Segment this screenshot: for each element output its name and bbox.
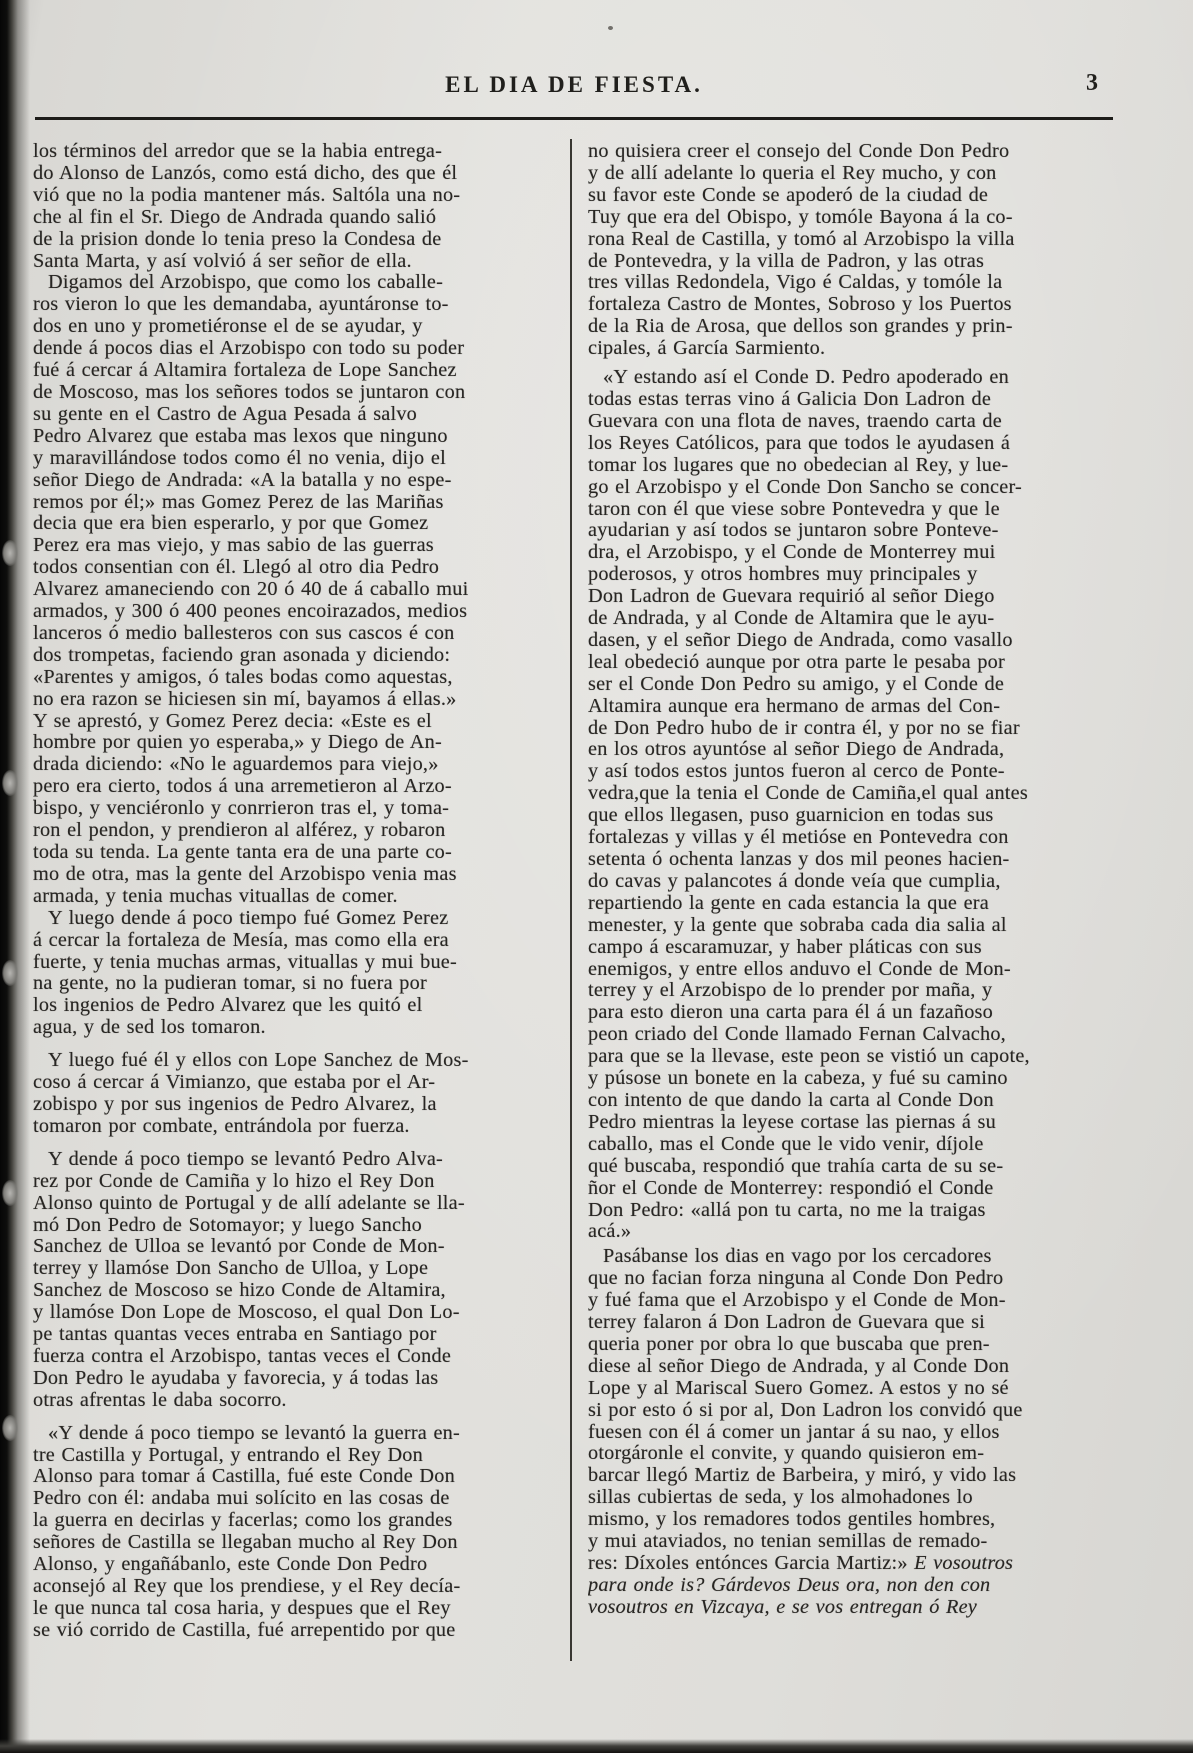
paragraph: los términos del arredor que se la habia… <box>33 141 568 272</box>
paragraph: Y luego dende á poco tiempo fué Gomez Pe… <box>33 908 568 1039</box>
paragraph: Digamos del Arzobispo, que como los caba… <box>33 272 568 907</box>
page-header-title: EL DIA DE FIESTA. <box>35 72 1113 98</box>
header-rule <box>35 117 1113 120</box>
column-divider <box>570 139 572 1661</box>
scan-edge-left <box>0 0 30 1753</box>
paragraph: Y luego fué él y ellos con Lope Sanchez … <box>33 1050 568 1138</box>
binding-notch <box>2 540 18 566</box>
binding-notch <box>2 960 18 986</box>
binding-notch <box>2 1180 18 1206</box>
paragraph: «Y dende á poco tiempo se levantó la gue… <box>33 1423 568 1642</box>
paragraph: «Y estando así el Conde D. Pedro apodera… <box>588 367 1123 1243</box>
paragraph: no quisiera creer el consejo del Conde D… <box>588 141 1123 360</box>
paragraph-text: Pasábanse los dias en vago por los cerca… <box>588 1245 1023 1574</box>
binding-notch <box>2 1415 18 1441</box>
binding-notch <box>2 770 18 796</box>
page-number: 3 <box>1072 70 1112 97</box>
right-column: no quisiera creer el consejo del Conde D… <box>588 141 1123 1619</box>
scanned-page: EL DIA DE FIESTA. 3 los términos del arr… <box>0 0 1193 1753</box>
paragraph: Pasábanse los dias en vago por los cerca… <box>588 1246 1123 1618</box>
left-column: los términos del arredor que se la habia… <box>33 141 568 1642</box>
paragraph: Y dende á poco tiempo se levantó Pedro A… <box>33 1149 568 1412</box>
paper-speck <box>608 26 613 30</box>
scan-edge-bottom <box>0 1739 1193 1753</box>
